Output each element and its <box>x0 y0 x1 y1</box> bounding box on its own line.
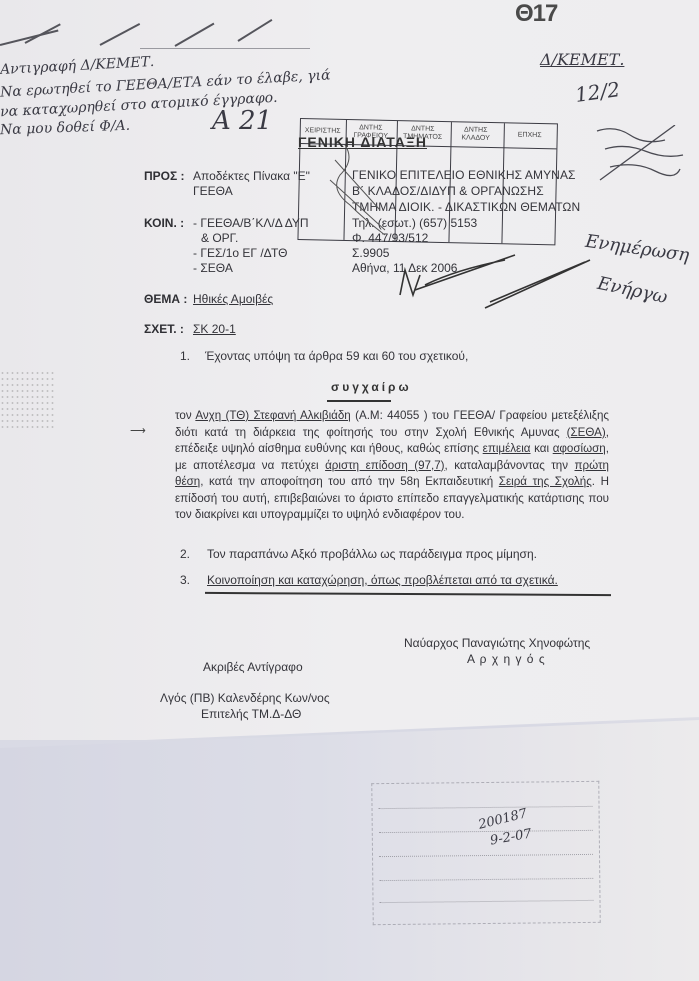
cc-line: - ΓΕΣ/1ο ΕΓ /ΔΤΘ <box>193 246 287 260</box>
body-paragraph: τον Ανχη (ΤΘ) Στεφανή Αλκιβιάδη (Α.Μ: 44… <box>175 408 609 524</box>
scanned-document: Θ17 Αντιγραφή Δ/ΚΕΜΕΤ. Να ερωτηθεί το ΓΕ… <box>0 0 699 981</box>
result-score: άριστη επίδοση (97,7) <box>325 459 444 472</box>
strike-mark <box>140 48 310 49</box>
signatory-name: Ναύαρχος Παναγιώτης Χηνοφώτης <box>404 636 590 650</box>
subject-label: ΘΕΜΑ : <box>144 292 187 306</box>
subject-value: Ηθικές Αμοιβές <box>193 292 273 306</box>
reference-value: ΣΚ 20-1 <box>193 322 236 336</box>
signature-scribble <box>395 240 595 310</box>
received-stamp <box>371 781 600 925</box>
document-code: Θ17 <box>515 0 557 28</box>
cc-line: - ΓΕΕΘΑ/Β΄ΚΛ/Δ ΔΥΠ <box>193 216 309 230</box>
true-copy-title: Επιτελής ΤΜ.Δ-ΔΘ <box>201 707 301 721</box>
item-number: 1. <box>180 349 190 363</box>
congratulate-heading: συγχαίρω <box>331 380 412 394</box>
to-label: ΠΡΟΣ : <box>144 169 185 183</box>
reference-label: ΣΧΕΤ. : <box>144 322 184 336</box>
item-2-text: Τον παραπάνω Αξκό προβάλλω ως παράδειγμα… <box>207 547 537 561</box>
item-number: 3. <box>180 573 190 587</box>
item-number: 2. <box>180 547 190 561</box>
cc-line: & ΟΡΓ. <box>201 231 238 245</box>
handwritten-scribble <box>595 125 685 185</box>
arrow-mark: ⟶ <box>130 424 146 437</box>
sender-sigma-number: Σ.9905 <box>352 246 389 260</box>
cc-line: - ΣΕΘΑ <box>193 261 233 275</box>
item-1-text: Έχοντας υπόψη τα άρθρα 59 και 60 του σχε… <box>205 349 468 363</box>
handwritten-department: Δ/ΚΕΜΕΤ. <box>540 50 624 69</box>
to-line: Αποδέκτες Πίνακα "Ε" <box>193 169 310 183</box>
stamp-scribble <box>325 140 395 240</box>
stamp-column-label: ΔΝΤΗΣ ΚΛΑΔΟΥ <box>453 126 499 143</box>
true-copy-name: Λγός (ΠΒ) Καλενδέρης Κων/νος <box>160 691 330 705</box>
scan-speckles <box>0 370 55 430</box>
item-3-text: Κοινοποίηση και καταχώρηση, όπως προβλέπ… <box>207 573 558 587</box>
congratulate-underline <box>327 400 391 402</box>
stamp-column-label: ΕΠΧΗΣ <box>506 131 554 140</box>
honoree-name: Ανχη (ΤΘ) Στεφανή Αλκιβιάδη <box>195 409 350 422</box>
handwritten-number: Α 21 <box>212 106 272 136</box>
cc-label: ΚΟΙΝ. : <box>144 216 184 230</box>
to-line: ΓΕΕΘΑ <box>193 184 233 198</box>
signatory-title: Α ρ χ η γ ό ς <box>467 652 546 666</box>
true-copy-label: Ακριβές Αντίγραφο <box>203 660 303 674</box>
